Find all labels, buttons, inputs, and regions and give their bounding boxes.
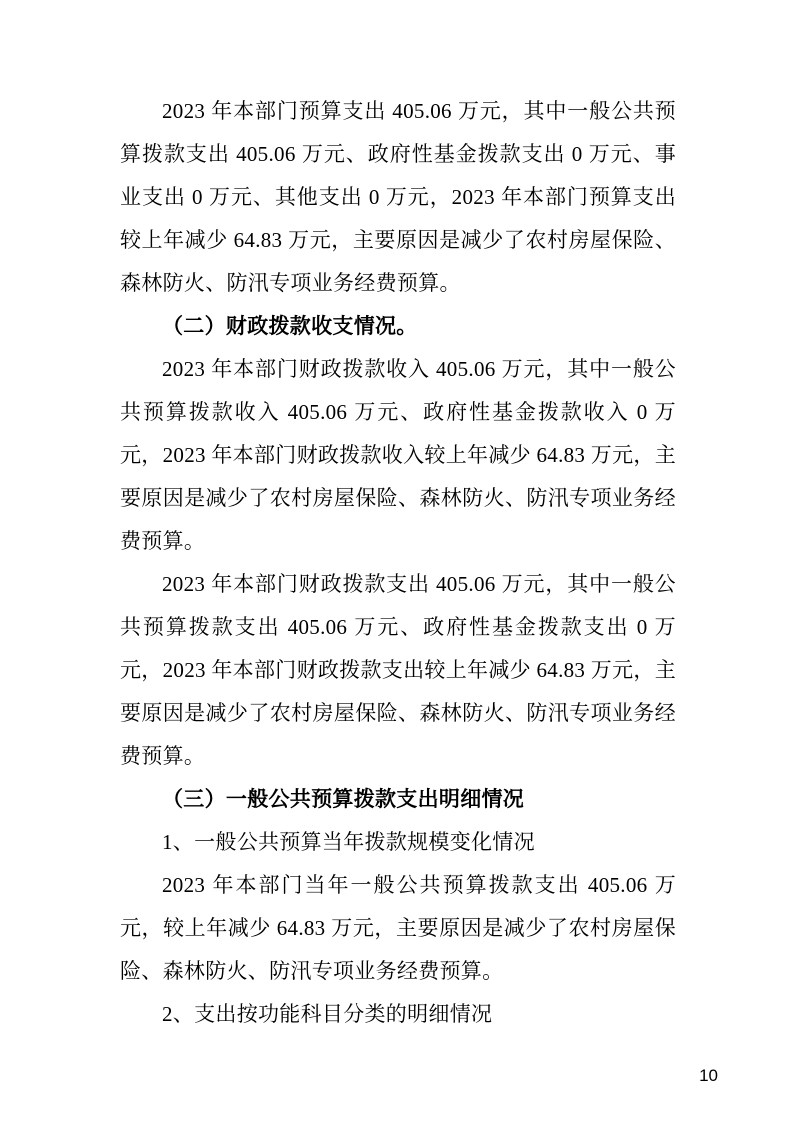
document-body: 2023 年本部门预算支出 405.06 万元，其中一般公共预算拨款支出 405…	[120, 90, 676, 1036]
page-number: 10	[699, 1064, 718, 1088]
section-heading-public-budget-detail: （三）一般公共预算拨款支出明细情况	[120, 778, 676, 821]
paragraph-fiscal-income: 2023 年本部门财政拨款收入 405.06 万元，其中一般公共预算拨款收入 4…	[120, 348, 676, 563]
section-heading-fiscal-appropriation: （二）财政拨款收支情况。	[120, 305, 676, 348]
paragraph-fiscal-expenditure: 2023 年本部门财政拨款支出 405.06 万元，其中一般公共预算拨款支出 4…	[120, 563, 676, 778]
paragraph-current-year-appropriation: 2023 年本部门当年一般公共预算拨款支出 405.06 万元，较上年减少 64…	[120, 864, 676, 993]
paragraph-budget-expenditure-summary: 2023 年本部门预算支出 405.06 万元，其中一般公共预算拨款支出 405…	[120, 90, 676, 305]
document-page: 2023 年本部门预算支出 405.06 万元，其中一般公共预算拨款支出 405…	[0, 0, 793, 1122]
sub-item-scale-change: 1、一般公共预算当年拨款规模变化情况	[120, 821, 676, 864]
sub-item-functional-classification: 2、支出按功能科目分类的明细情况	[120, 993, 676, 1036]
